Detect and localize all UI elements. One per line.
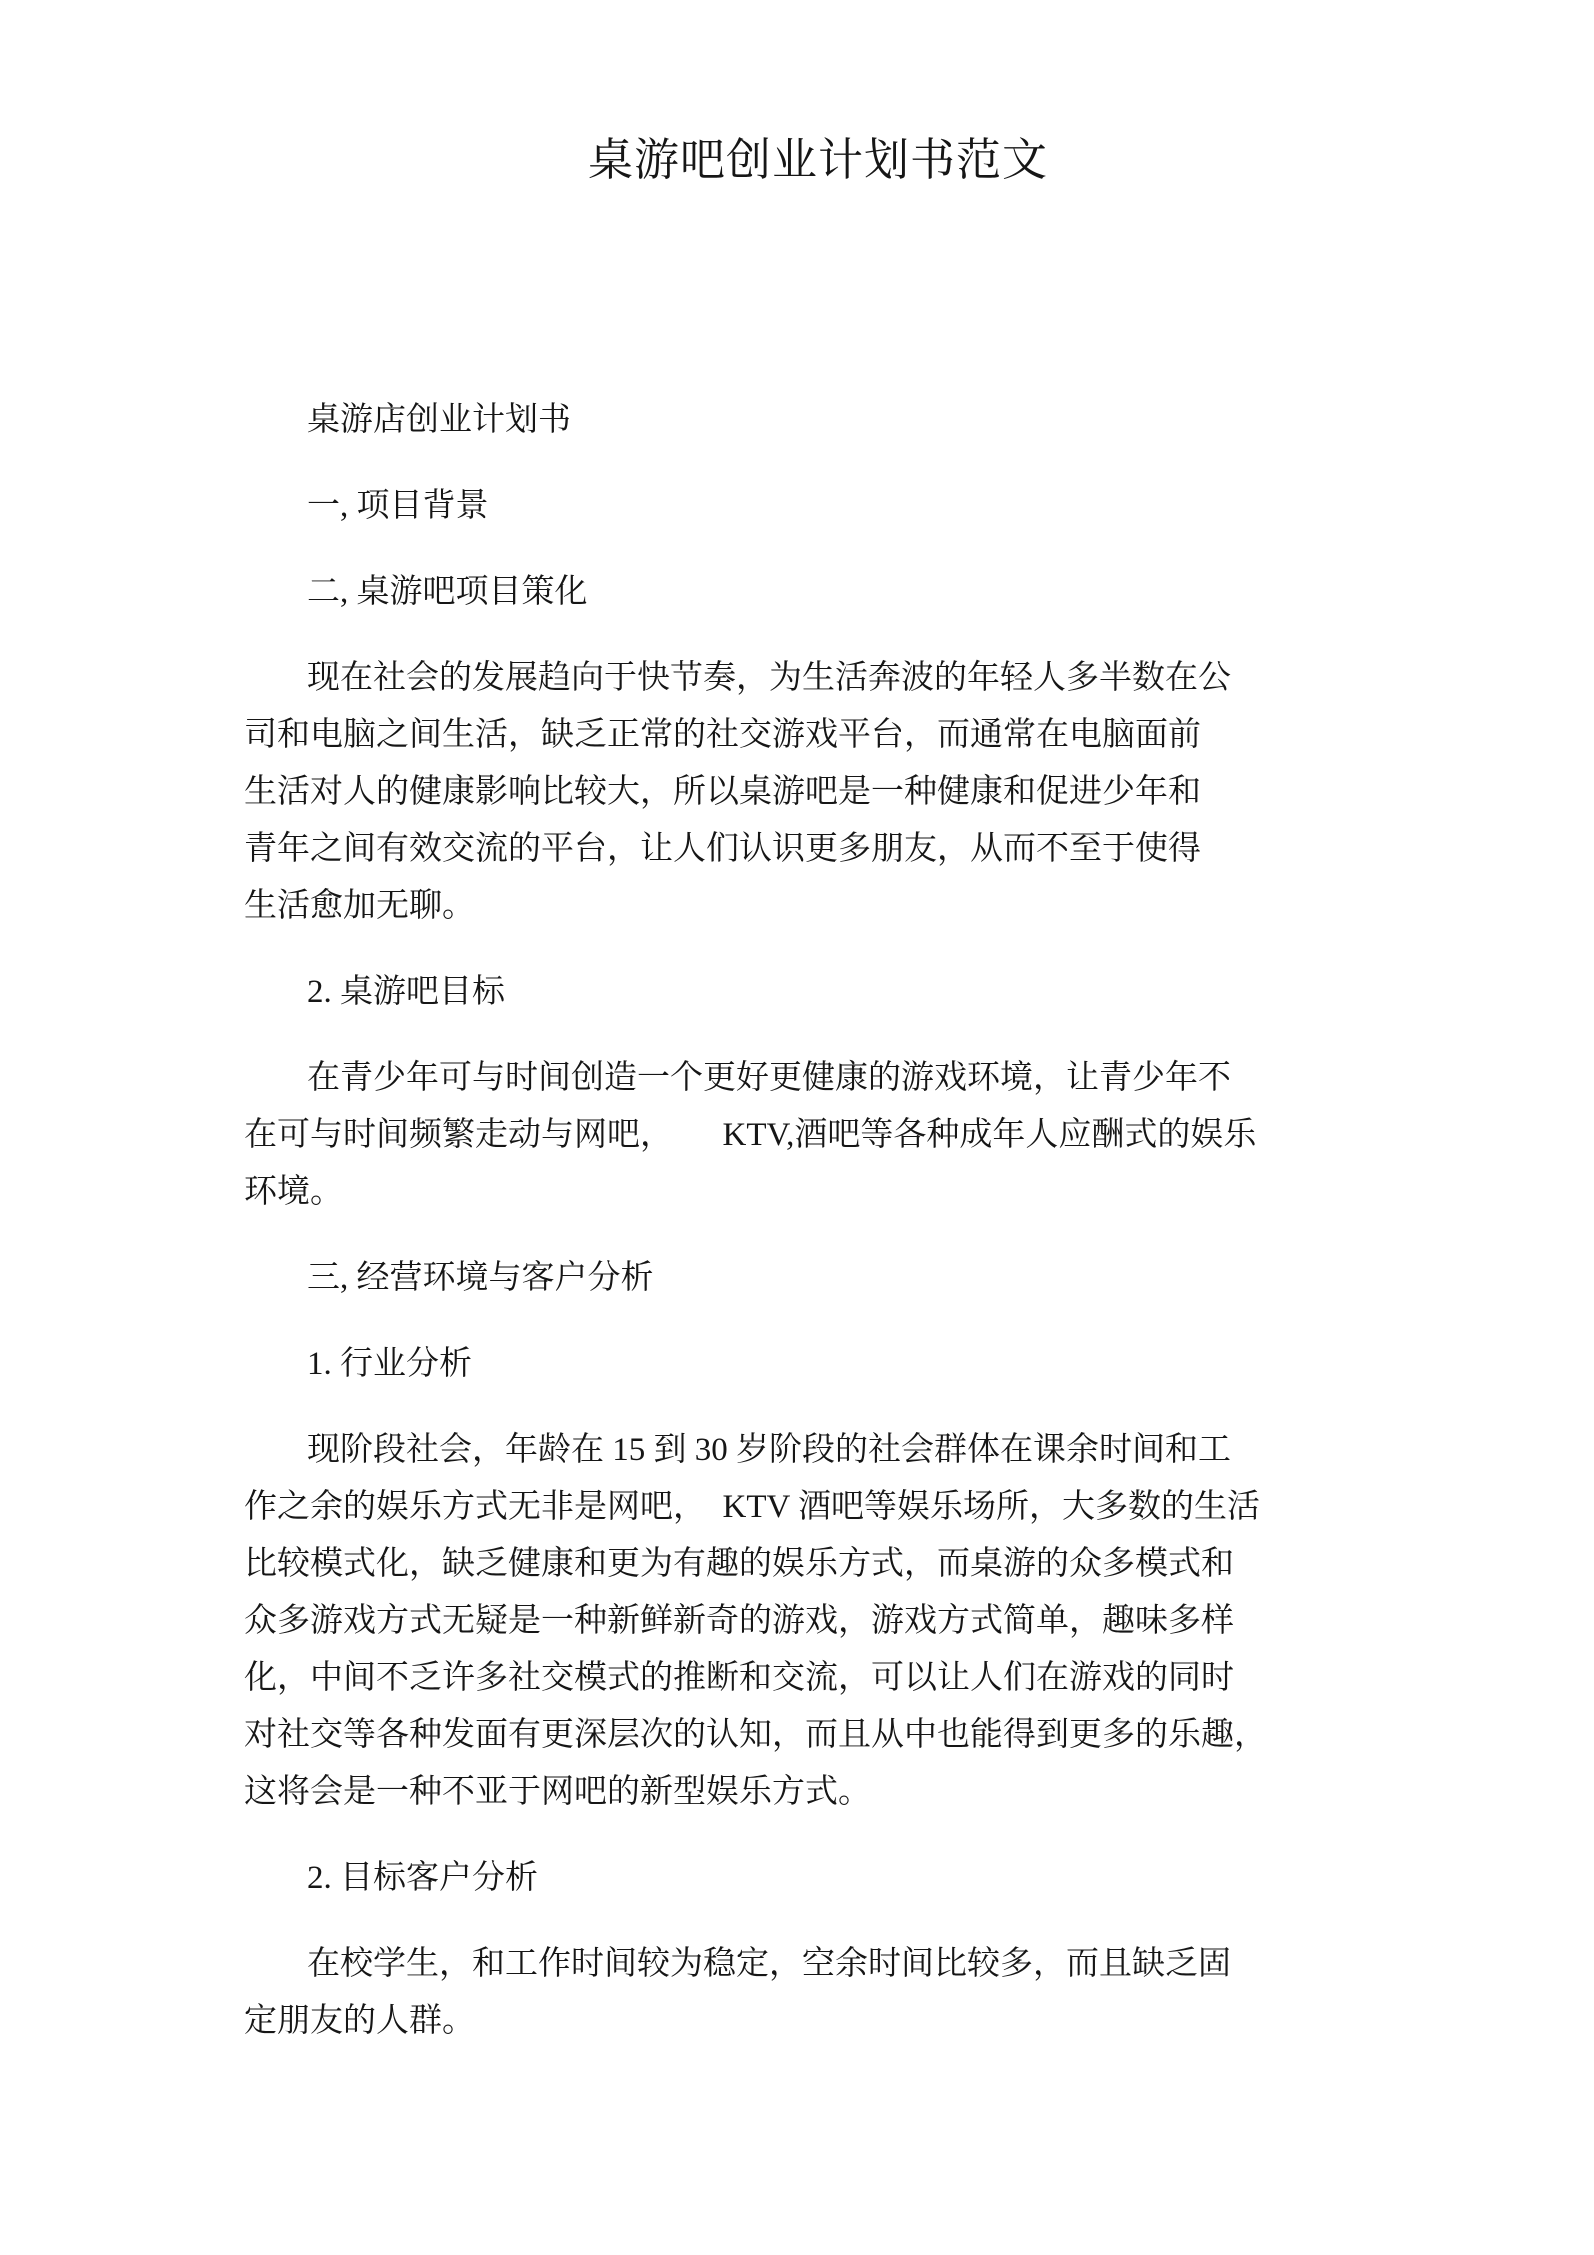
text-line: 众多游戏方式无疑是一种新鲜新奇的游戏，游戏方式简单，趣味多样	[244, 1593, 1298, 1650]
text-line: 一, 项目背景	[244, 478, 1298, 535]
text-line: 现阶段社会，年龄在 15 到 30 岁阶段的社会群体在课余时间和工	[244, 1422, 1298, 1479]
text-line: 这将会是一种不亚于网吧的新型娱乐方式。	[244, 1764, 1298, 1821]
document-content: 桌游吧创业计划书范文 桌游店创业计划书 一, 项目背景 二, 桌游吧项目策化 现…	[0, 0, 1594, 2050]
text-line: 作之余的娱乐方式无非是网吧， KTV 酒吧等娱乐场所，大多数的生活	[244, 1479, 1298, 1536]
subsection-heading-goal: 2. 桌游吧目标	[244, 964, 1298, 1021]
doc-subtitle: 桌游店创业计划书	[244, 392, 1298, 449]
text-line: 司和电脑之间生活，缺乏正常的社交游戏平台，而通常在电脑面前	[244, 707, 1298, 764]
text-line: 生活愈加无聊。	[244, 878, 1298, 935]
document-page: 桌游吧创业计划书范文 桌游店创业计划书 一, 项目背景 二, 桌游吧项目策化 现…	[0, 0, 1594, 2255]
body-paragraph-goal: 在青少年可与时间创造一个更好更健康的游戏环境，让青少年不 在可与时间频繁走动与网…	[244, 1050, 1298, 1221]
body-paragraph-customers: 在校学生，和工作时间较为稳定，空余时间比较多，而且缺乏固 定朋友的人群。	[244, 1936, 1298, 2050]
text-line: 2. 桌游吧目标	[244, 964, 1298, 1021]
text-line: 二, 桌游吧项目策化	[244, 564, 1298, 621]
text-line: 环境。	[244, 1164, 1298, 1221]
section-heading-3: 三, 经营环境与客户分析	[244, 1250, 1298, 1307]
text-line: 对社交等各种发面有更深层次的认知，而且从中也能得到更多的乐趣，	[244, 1707, 1298, 1764]
text-line: 青年之间有效交流的平台，让人们认识更多朋友，从而不至于使得	[244, 821, 1298, 878]
text-line: 现在社会的发展趋向于快节奏，为生活奔波的年轻人多半数在公	[244, 650, 1298, 707]
text-line: 桌游店创业计划书	[244, 392, 1298, 449]
text-line: 在可与时间频繁走动与网吧， KTV,酒吧等各种成年人应酬式的娱乐	[244, 1107, 1298, 1164]
section-heading-2: 二, 桌游吧项目策化	[244, 564, 1298, 621]
subsection-heading-industry: 1. 行业分析	[244, 1336, 1298, 1393]
text-line: 化，中间不乏许多社交模式的推断和交流，可以让人们在游戏的同时	[244, 1650, 1298, 1707]
text-line: 生活对人的健康影响比较大，所以桌游吧是一种健康和促进少年和	[244, 764, 1298, 821]
text-line: 1. 行业分析	[244, 1336, 1298, 1393]
text-line: 比较模式化，缺乏健康和更为有趣的娱乐方式，而桌游的众多模式和	[244, 1536, 1298, 1593]
body-paragraph-background: 现在社会的发展趋向于快节奏，为生活奔波的年轻人多半数在公 司和电脑之间生活，缺乏…	[244, 650, 1298, 935]
text-line: 在校学生，和工作时间较为稳定，空余时间比较多，而且缺乏固	[244, 1936, 1298, 1993]
text-line: 定朋友的人群。	[244, 1993, 1298, 2050]
text-line: 在青少年可与时间创造一个更好更健康的游戏环境，让青少年不	[244, 1050, 1298, 1107]
section-heading-1: 一, 项目背景	[244, 478, 1298, 535]
text-line: 2. 目标客户分析	[244, 1850, 1298, 1907]
page-title: 桌游吧创业计划书范文	[338, 130, 1298, 190]
text-line: 三, 经营环境与客户分析	[244, 1250, 1298, 1307]
subsection-heading-customers: 2. 目标客户分析	[244, 1850, 1298, 1907]
body-paragraph-industry: 现阶段社会，年龄在 15 到 30 岁阶段的社会群体在课余时间和工 作之余的娱乐…	[244, 1422, 1298, 1821]
